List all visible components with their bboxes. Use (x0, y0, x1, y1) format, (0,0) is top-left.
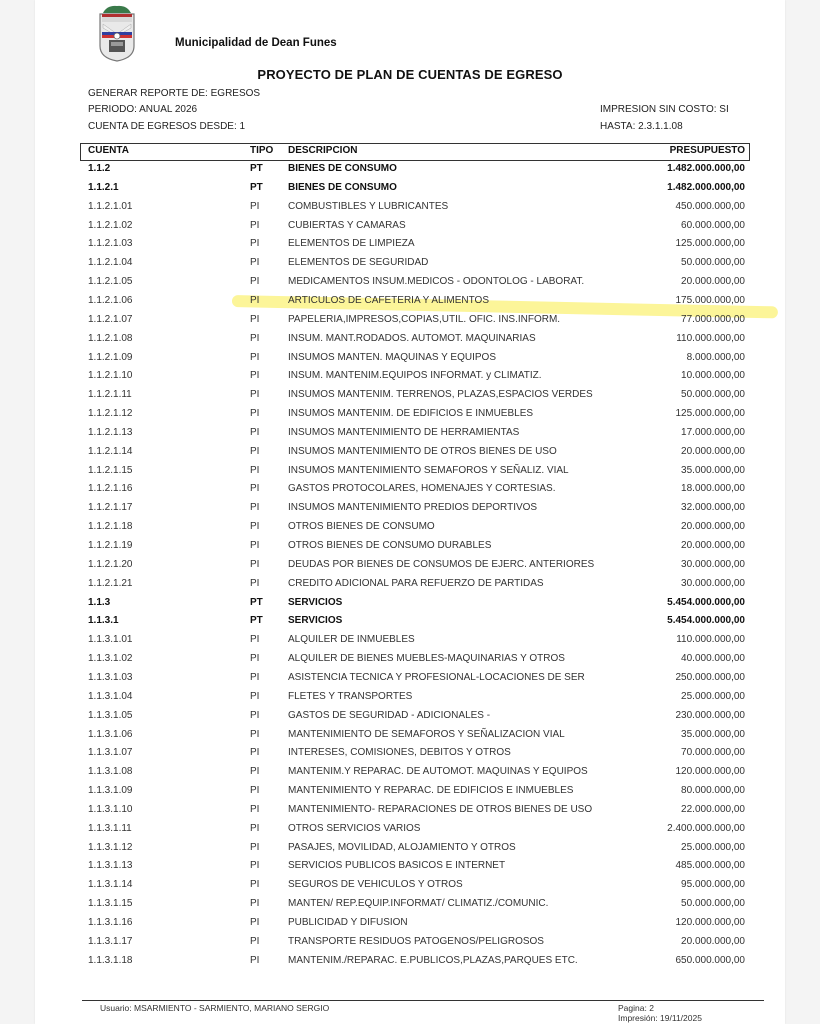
report-period: PERIODO: ANUAL 2026 (88, 104, 197, 115)
account-type: PI (250, 744, 259, 762)
account-code: 1.1.2.1.16 (88, 480, 132, 498)
account-type: PI (250, 405, 259, 423)
account-type: PI (250, 688, 259, 706)
account-description: ALQUILER DE INMUEBLES (288, 631, 415, 649)
account-description: ELEMENTOS DE SEGURIDAD (288, 254, 428, 272)
table-row: 1.1.3.1.12PIPASAJES, MOVILIDAD, ALOJAMIE… (0, 839, 820, 857)
account-type: PT (250, 594, 263, 612)
account-code: 1.1.3.1.11 (88, 820, 132, 838)
report-type: GENERAR REPORTE DE: EGRESOS (88, 88, 260, 99)
account-code: 1.1.3.1.01 (88, 631, 132, 649)
account-type: PI (250, 424, 259, 442)
account-type: PI (250, 311, 259, 329)
account-description: PAPELERIA,IMPRESOS,COPIAS,UTIL. OFIC. IN… (288, 311, 560, 329)
account-code: 1.1.3.1.16 (88, 914, 132, 932)
account-code: 1.1.2.1 (88, 179, 119, 197)
account-code: 1.1.2.1.15 (88, 462, 132, 480)
account-code: 1.1.2.1.18 (88, 518, 132, 536)
account-to: HASTA: 2.3.1.1.08 (600, 121, 683, 132)
account-description: CREDITO ADICIONAL PARA REFUERZO DE PARTI… (288, 575, 544, 593)
account-type: PI (250, 386, 259, 404)
account-type: PI (250, 235, 259, 253)
table-row: 1.1.2.1.16PIGASTOS PROTOCOLARES, HOMENAJ… (0, 480, 820, 498)
account-description: OTROS BIENES DE CONSUMO (288, 518, 435, 536)
account-description: SERVICIOS (288, 612, 342, 630)
report-title: PROYECTO DE PLAN DE CUENTAS DE EGRESO (0, 67, 820, 82)
table-row: 1.1.2.1.10PIINSUM. MANTENIM.EQUIPOS INFO… (0, 367, 820, 385)
account-type: PI (250, 933, 259, 951)
account-description: CUBIERTAS Y CAMARAS (288, 217, 406, 235)
account-budget: 450.000.000,00 (675, 198, 745, 216)
table-row: 1.1.2.1.05PIMEDICAMENTOS INSUM.MEDICOS -… (0, 273, 820, 291)
account-description: INSUMOS MANTENIMIENTO DE HERRAMIENTAS (288, 424, 519, 442)
account-code: 1.1.2.1.02 (88, 217, 132, 235)
table-row: 1.1.3.1.10PIMANTENIMIENTO- REPARACIONES … (0, 801, 820, 819)
account-description: INSUMOS MANTENIMIENTO SEMAFOROS Y SEÑALI… (288, 462, 569, 480)
account-code: 1.1.2.1.13 (88, 424, 132, 442)
account-budget: 110.000.000,00 (676, 631, 745, 649)
account-description: SERVICIOS (288, 594, 342, 612)
account-code: 1.1.3.1.02 (88, 650, 132, 668)
account-type: PI (250, 763, 259, 781)
table-row: 1.1.2.1.18PIOTROS BIENES DE CONSUMO20.00… (0, 518, 820, 536)
account-budget: 125.000.000,00 (675, 235, 745, 253)
organization-name: Municipalidad de Dean Funes (175, 37, 337, 49)
account-code: 1.1.2.1.21 (88, 575, 132, 593)
account-type: PT (250, 179, 263, 197)
footer-user: Usuario: MSARMIENTO - SARMIENTO, MARIANO… (100, 1003, 329, 1013)
account-code: 1.1.2.1.20 (88, 556, 132, 574)
account-type: PI (250, 952, 259, 970)
account-budget: 80.000.000,00 (681, 782, 745, 800)
account-code: 1.1.2.1.19 (88, 537, 132, 555)
table-row: 1.1.3.1.11PIOTROS SERVICIOS VARIOS2.400.… (0, 820, 820, 838)
table-row: 1.1.3.1.08PIMANTENIM.Y REPARAC. DE AUTOM… (0, 763, 820, 781)
account-budget: 95.000.000,00 (681, 876, 745, 894)
account-budget: 20.000.000,00 (681, 933, 745, 951)
account-type: PT (250, 612, 263, 630)
account-description: ELEMENTOS DE LIMPIEZA (288, 235, 415, 253)
account-description: GASTOS DE SEGURIDAD - ADICIONALES - (288, 707, 490, 725)
account-description: BIENES DE CONSUMO (288, 179, 397, 197)
table-row: 1.1.2.1.07PIPAPELERIA,IMPRESOS,COPIAS,UT… (0, 311, 820, 329)
table-row: 1.1.2.1.19PIOTROS BIENES DE CONSUMO DURA… (0, 537, 820, 555)
account-budget: 50.000.000,00 (681, 386, 745, 404)
free-print-flag: IMPRESION SIN COSTO: SI (600, 104, 729, 115)
account-code: 1.1.3.1.09 (88, 782, 132, 800)
table-row: 1.1.2PTBIENES DE CONSUMO1.482.000.000,00 (0, 160, 820, 178)
account-type: PI (250, 518, 259, 536)
account-budget: 25.000.000,00 (681, 688, 745, 706)
account-type: PI (250, 839, 259, 857)
account-code: 1.1.3.1.03 (88, 669, 132, 687)
table-row: 1.1.3.1.07PIINTERESES, COMISIONES, DEBIT… (0, 744, 820, 762)
account-description: FLETES Y TRANSPORTES (288, 688, 412, 706)
account-from: CUENTA DE EGRESOS DESDE: 1 (88, 121, 245, 132)
account-type: PI (250, 556, 259, 574)
account-type: PI (250, 782, 259, 800)
account-budget: 10.000.000,00 (681, 367, 745, 385)
account-budget: 70.000.000,00 (681, 744, 745, 762)
account-code: 1.1.3.1.06 (88, 726, 132, 744)
account-type: PI (250, 914, 259, 932)
account-type: PI (250, 857, 259, 875)
municipal-coat-of-arms-icon (97, 4, 137, 62)
account-type: PI (250, 575, 259, 593)
account-description: MEDICAMENTOS INSUM.MEDICOS - ODONTOLOG -… (288, 273, 584, 291)
account-code: 1.1.2.1.08 (88, 330, 132, 348)
account-budget: 25.000.000,00 (681, 839, 745, 857)
account-type: PI (250, 443, 259, 461)
account-description: MANTENIM./REPARAC. E.PUBLICOS,PLAZAS,PAR… (288, 952, 578, 970)
account-budget: 60.000.000,00 (681, 217, 745, 235)
account-description: ALQUILER DE BIENES MUEBLES-MAQUINARIAS Y… (288, 650, 565, 668)
table-row: 1.1.3.1.16PIPUBLICIDAD Y DIFUSION120.000… (0, 914, 820, 932)
table-row: 1.1.2.1.20PIDEUDAS POR BIENES DE CONSUMO… (0, 556, 820, 574)
account-description: DEUDAS POR BIENES DE CONSUMOS DE EJERC. … (288, 556, 594, 574)
account-description: PUBLICIDAD Y DIFUSION (288, 914, 408, 932)
account-budget: 20.000.000,00 (681, 518, 745, 536)
account-type: PI (250, 537, 259, 555)
account-budget: 1.482.000.000,00 (667, 179, 745, 197)
footer-print-date: Impresión: 19/11/2025 (618, 1013, 702, 1023)
account-description: INTERESES, COMISIONES, DEBITOS Y OTROS (288, 744, 511, 762)
account-type: PI (250, 876, 259, 894)
account-code: 1.1.3.1.07 (88, 744, 132, 762)
account-code: 1.1.2.1.06 (88, 292, 132, 310)
account-description: MANTEN/ REP.EQUIP.INFORMAT/ CLIMATIZ./CO… (288, 895, 548, 913)
account-budget: 5.454.000.000,00 (667, 612, 745, 630)
account-code: 1.1.2.1.01 (88, 198, 132, 216)
account-code: 1.1.3.1.10 (88, 801, 132, 819)
account-code: 1.1.3.1.14 (88, 876, 132, 894)
account-code: 1.1.2.1.05 (88, 273, 132, 291)
account-code: 1.1.2.1.12 (88, 405, 132, 423)
account-description: INSUMOS MANTENIM. DE EDIFICIOS E INMUEBL… (288, 405, 533, 423)
column-header-descripcion: DESCRIPCION (288, 145, 357, 156)
account-type: PI (250, 480, 259, 498)
table-row: 1.1.2.1.03PIELEMENTOS DE LIMPIEZA125.000… (0, 235, 820, 253)
account-type: PI (250, 349, 259, 367)
account-type: PI (250, 631, 259, 649)
table-row: 1.1.2.1PTBIENES DE CONSUMO1.482.000.000,… (0, 179, 820, 197)
footer-divider (82, 1000, 764, 1001)
table-row: 1.1.3.1.17PITRANSPORTE RESIDUOS PATOGENO… (0, 933, 820, 951)
account-type: PI (250, 330, 259, 348)
account-budget: 230.000.000,00 (675, 707, 745, 725)
account-code: 1.1.2.1.07 (88, 311, 132, 329)
account-budget: 30.000.000,00 (681, 575, 745, 593)
account-budget: 18.000.000,00 (681, 480, 745, 498)
account-budget: 5.454.000.000,00 (667, 594, 745, 612)
table-row: 1.1.3.1.15PIMANTEN/ REP.EQUIP.INFORMAT/ … (0, 895, 820, 913)
account-budget: 50.000.000,00 (681, 254, 745, 272)
account-description: INSUM. MANTENIM.EQUIPOS INFORMAT. y CLIM… (288, 367, 542, 385)
table-row: 1.1.2.1.12PIINSUMOS MANTENIM. DE EDIFICI… (0, 405, 820, 423)
account-code: 1.1.3.1 (88, 612, 119, 630)
table-header-box (80, 143, 750, 161)
account-budget: 250.000.000,00 (675, 669, 745, 687)
account-code: 1.1.2.1.04 (88, 254, 132, 272)
account-budget: 40.000.000,00 (681, 650, 745, 668)
table-row: 1.1.2.1.09PIINSUMOS MANTEN. MAQUINAS Y E… (0, 349, 820, 367)
account-type: PI (250, 707, 259, 725)
account-description: INSUMOS MANTEN. MAQUINAS Y EQUIPOS (288, 349, 496, 367)
account-description: OTROS BIENES DE CONSUMO DURABLES (288, 537, 491, 555)
account-budget: 50.000.000,00 (681, 895, 745, 913)
account-budget: 2.400.000.000,00 (667, 820, 745, 838)
account-description: INSUMOS MANTENIM. TERRENOS, PLAZAS,ESPAC… (288, 386, 593, 404)
table-row: 1.1.3.1.04PIFLETES Y TRANSPORTES25.000.0… (0, 688, 820, 706)
account-type: PI (250, 462, 259, 480)
account-budget: 485.000.000,00 (675, 857, 745, 875)
account-type: PI (250, 820, 259, 838)
column-header-cuenta: CUENTA (88, 145, 129, 156)
account-code: 1.1.2.1.03 (88, 235, 132, 253)
account-description: BIENES DE CONSUMO (288, 160, 397, 178)
account-code: 1.1.3.1.12 (88, 839, 132, 857)
table-row: 1.1.3.1.14PISEGUROS DE VEHICULOS Y OTROS… (0, 876, 820, 894)
account-type: PI (250, 367, 259, 385)
table-row: 1.1.2.1.01PICOMBUSTIBLES Y LUBRICANTES45… (0, 198, 820, 216)
account-budget: 120.000.000,00 (675, 914, 745, 932)
table-row: 1.1.2.1.04PIELEMENTOS DE SEGURIDAD50.000… (0, 254, 820, 272)
account-type: PI (250, 198, 259, 216)
account-description: INSUMOS MANTENIMIENTO DE OTROS BIENES DE… (288, 443, 557, 461)
account-code: 1.1.3.1.15 (88, 895, 132, 913)
account-budget: 35.000.000,00 (681, 726, 745, 744)
footer-page-number: Pagina: 2 (618, 1003, 654, 1013)
account-budget: 30.000.000,00 (681, 556, 745, 574)
account-description: OTROS SERVICIOS VARIOS (288, 820, 420, 838)
account-code: 1.1.3.1.04 (88, 688, 132, 706)
account-code: 1.1.2.1.10 (88, 367, 132, 385)
account-budget: 20.000.000,00 (681, 273, 745, 291)
table-row: 1.1.3.1.13PISERVICIOS PUBLICOS BASICOS E… (0, 857, 820, 875)
account-budget: 125.000.000,00 (675, 405, 745, 423)
account-description: MANTENIMIENTO DE SEMAFOROS Y SEÑALIZACIO… (288, 726, 565, 744)
account-description: SEGUROS DE VEHICULOS Y OTROS (288, 876, 463, 894)
account-description: SERVICIOS PUBLICOS BASICOS E INTERNET (288, 857, 505, 875)
account-budget: 175.000.000,00 (675, 292, 745, 310)
table-row: 1.1.3.1.01PIALQUILER DE INMUEBLES110.000… (0, 631, 820, 649)
table-row: 1.1.3.1.02PIALQUILER DE BIENES MUEBLES-M… (0, 650, 820, 668)
account-code: 1.1.2 (88, 160, 110, 178)
table-row: 1.1.3.1.18PIMANTENIM./REPARAC. E.PUBLICO… (0, 952, 820, 970)
table-row: 1.1.2.1.15PIINSUMOS MANTENIMIENTO SEMAFO… (0, 462, 820, 480)
account-description: TRANSPORTE RESIDUOS PATOGENOS/PELIGROSOS (288, 933, 544, 951)
table-row: 1.1.3PTSERVICIOS5.454.000.000,00 (0, 594, 820, 612)
table-row: 1.1.3.1.03PIASISTENCIA TECNICA Y PROFESI… (0, 669, 820, 687)
account-budget: 8.000.000,00 (687, 349, 745, 367)
table-row: 1.1.3.1.05PIGASTOS DE SEGURIDAD - ADICIO… (0, 707, 820, 725)
account-budget: 17.000.000,00 (681, 424, 745, 442)
table-row: 1.1.2.1.02PICUBIERTAS Y CAMARAS60.000.00… (0, 217, 820, 235)
account-budget: 20.000.000,00 (681, 537, 745, 555)
account-budget: 120.000.000,00 (675, 763, 745, 781)
account-code: 1.1.3.1.17 (88, 933, 132, 951)
table-row: 1.1.2.1.13PIINSUMOS MANTENIMIENTO DE HER… (0, 424, 820, 442)
account-description: PASAJES, MOVILIDAD, ALOJAMIENTO Y OTROS (288, 839, 516, 857)
account-type: PI (250, 254, 259, 272)
column-header-presupuesto: PRESUPUESTO (670, 145, 745, 156)
account-code: 1.1.3.1.13 (88, 857, 132, 875)
account-type: PI (250, 801, 259, 819)
account-code: 1.1.3.1.05 (88, 707, 132, 725)
account-description: INSUMOS MANTENIMIENTO PREDIOS DEPORTIVOS (288, 499, 537, 517)
table-row: 1.1.3.1.06PIMANTENIMIENTO DE SEMAFOROS Y… (0, 726, 820, 744)
account-type: PI (250, 669, 259, 687)
account-budget: 35.000.000,00 (681, 462, 745, 480)
account-type: PI (250, 217, 259, 235)
account-code: 1.1.2.1.14 (88, 443, 132, 461)
table-row: 1.1.2.1.21PICREDITO ADICIONAL PARA REFUE… (0, 575, 820, 593)
account-code: 1.1.3.1.08 (88, 763, 132, 781)
table-row: 1.1.2.1.14PIINSUMOS MANTENIMIENTO DE OTR… (0, 443, 820, 461)
table-row: 1.1.2.1.17PIINSUMOS MANTENIMIENTO PREDIO… (0, 499, 820, 517)
account-description: MANTENIMIENTO Y REPARAC. DE EDIFICIOS E … (288, 782, 573, 800)
account-description: ARTICULOS DE CAFETERIA Y ALIMENTOS (288, 292, 489, 310)
account-type: PI (250, 292, 259, 310)
account-code: 1.1.3.1.18 (88, 952, 132, 970)
account-type: PI (250, 273, 259, 291)
account-type: PT (250, 160, 263, 178)
column-header-tipo: TIPO (250, 145, 273, 156)
account-description: INSUM. MANT.RODADOS. AUTOMOT. MAQUINARIA… (288, 330, 536, 348)
account-budget: 22.000.000,00 (681, 801, 745, 819)
account-code: 1.1.2.1.09 (88, 349, 132, 367)
account-code: 1.1.3 (88, 594, 110, 612)
account-type: PI (250, 499, 259, 517)
account-type: PI (250, 895, 259, 913)
account-type: PI (250, 650, 259, 668)
account-budget: 20.000.000,00 (681, 443, 745, 461)
account-code: 1.1.2.1.17 (88, 499, 132, 517)
table-row: 1.1.2.1.11PIINSUMOS MANTENIM. TERRENOS, … (0, 386, 820, 404)
account-type: PI (250, 726, 259, 744)
account-description: GASTOS PROTOCOLARES, HOMENAJES Y CORTESI… (288, 480, 555, 498)
table-row: 1.1.3.1.09PIMANTENIMIENTO Y REPARAC. DE … (0, 782, 820, 800)
account-budget: 1.482.000.000,00 (667, 160, 745, 178)
account-description: MANTENIMIENTO- REPARACIONES DE OTROS BIE… (288, 801, 592, 819)
table-row: 1.1.2.1.06PIARTICULOS DE CAFETERIA Y ALI… (0, 292, 820, 310)
table-row: 1.1.3.1PTSERVICIOS5.454.000.000,00 (0, 612, 820, 630)
account-description: MANTENIM.Y REPARAC. DE AUTOMOT. MAQUINAS… (288, 763, 588, 781)
account-description: ASISTENCIA TECNICA Y PROFESIONAL-LOCACIO… (288, 669, 585, 687)
table-row: 1.1.2.1.08PIINSUM. MANT.RODADOS. AUTOMOT… (0, 330, 820, 348)
account-budget: 650.000.000,00 (675, 952, 745, 970)
account-description: COMBUSTIBLES Y LUBRICANTES (288, 198, 448, 216)
account-budget: 77.000.000,00 (681, 311, 745, 329)
account-budget: 32.000.000,00 (681, 499, 745, 517)
account-code: 1.1.2.1.11 (88, 386, 132, 404)
account-budget: 110.000.000,00 (676, 330, 745, 348)
